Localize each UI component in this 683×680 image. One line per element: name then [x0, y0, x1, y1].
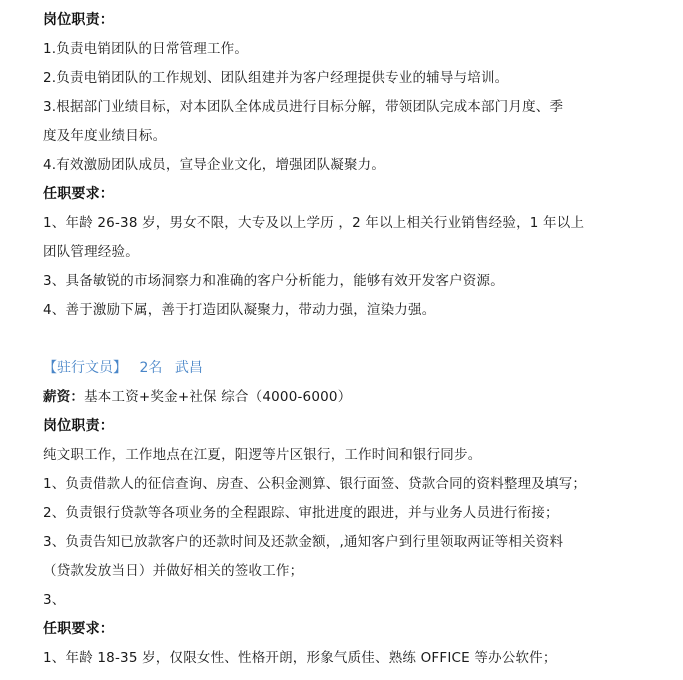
job-location: 武昌 [175, 360, 203, 376]
salary-line: 薪资：基本工资+奖金+社保 综合（4000-6000） [43, 383, 673, 412]
duty-item: 2.负责电销团队的工作规划、团队组建并为客户经理提供专业的辅导与培训。 [43, 64, 673, 93]
duty-item: 2、负责银行贷款等各项业务的全程跟踪、审批进度的跟进，并与业务人员进行衔接； [43, 499, 673, 528]
duty-item: 纯文职工作，工作地点在江夏，阳逻等片区银行，工作时间和银行同步。 [43, 441, 673, 470]
requirement-item: 1、年龄 18-35 岁，仅限女性、性格开朗，形象气质佳、熟练 OFFICE 等… [43, 644, 673, 673]
salary-value: 基本工资+奖金+社保 综合（4000-6000） [84, 389, 351, 405]
requirements-heading: 任职要求： [43, 615, 673, 644]
duties-heading: 岗位职责： [43, 6, 673, 35]
duty-item: 3.根据部门业绩目标，对本团队全体成员进行目标分解，带领团队完成本部门月度、季 [43, 93, 673, 122]
duty-item: 4.有效激励团队成员，宣导企业文化，增强团队凝聚力。 [43, 151, 673, 180]
salary-label: 薪资： [43, 389, 84, 405]
job-title: 【驻行文员】 [43, 360, 127, 376]
duty-item-continuation: 度及年度业绩目标。 [43, 122, 673, 151]
requirement-item-continuation: 团队管理经验。 [43, 238, 673, 267]
job-title-line: 【驻行文员】 2名 武昌 [43, 354, 673, 383]
job-posting-document: 岗位职责： 1.负责电销团队的日常管理工作。 2.负责电销团队的工作规划、团队组… [0, 0, 673, 673]
duties-heading: 岗位职责： [43, 412, 673, 441]
headcount: 2名 [139, 360, 162, 376]
section-spacer [43, 325, 673, 354]
requirement-item: 1、年龄 26-38 岁，男女不限，大专及以上学历 ，2 年以上相关行业销售经验… [43, 209, 673, 238]
duty-item-continuation: （贷款发放当日）并做好相关的签收工作； [43, 557, 673, 586]
duty-item: 1.负责电销团队的日常管理工作。 [43, 35, 673, 64]
requirement-item: 4、善于激励下属，善于打造团队凝聚力，带动力强，渲染力强。 [43, 296, 673, 325]
duty-item: 3、负责告知已放款客户的还款时间及还款金额，,通知客户到行里领取两证等相关资料 [43, 528, 673, 557]
requirement-item: 3、具备敏锐的市场洞察力和准确的客户分析能力，能够有效开发客户资源。 [43, 267, 673, 296]
duty-item: 3、 [43, 586, 673, 615]
duty-item: 1、负责借款人的征信查询、房查、公积金测算、银行面签、贷款合同的资料整理及填写； [43, 470, 673, 499]
requirements-heading: 任职要求： [43, 180, 673, 209]
